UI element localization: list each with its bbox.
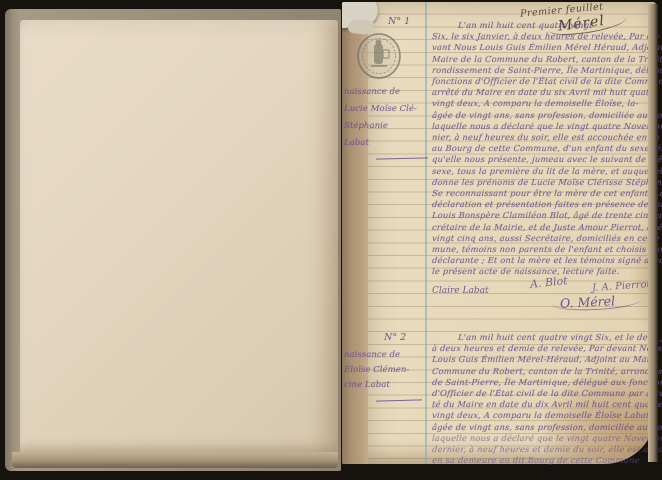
handwritten-line: Se reconnaissant pour être la mère de ce…	[432, 188, 651, 199]
handwritten-line: déclaration et présentation faites en pr…	[432, 199, 651, 210]
handwritten-line: Louis Bonspère Clamiléon Blot, âgé de tr…	[432, 210, 651, 221]
margin-rule-line	[425, 2, 427, 464]
handwritten-line: laquelle nous a déclaré que le vingt qua…	[432, 433, 651, 444]
handwritten-line: Commune du Robert, canton de la Trinité,…	[432, 366, 651, 377]
handwritten-line: à deux heures et demie de relevée, Par d…	[432, 343, 651, 354]
margin-note-line: Lucie Moïse Clé-	[344, 101, 430, 118]
handwritten-line: vingt cinq ans, aussi Secrétaire, domici…	[432, 233, 651, 244]
handwritten-line: L'an mil huit cent quatre vingt	[432, 20, 651, 31]
handwritten-line: d'Officier de l'État civil de la dite Co…	[432, 388, 651, 399]
act-body-text: L'an mil huit cent quatre vingtSix, le s…	[432, 20, 650, 278]
margin-note-line: Stéphanie	[344, 118, 430, 135]
scanned-register-spread: Premier feuillet Mérel N° 1 naissance de…	[0, 0, 662, 480]
mother-signature: Claire Labat	[432, 286, 489, 296]
handwritten-line: Louis Guis Émilien Mérel-Héraud, Adjoint…	[432, 354, 651, 365]
handwritten-line: rondissement de Saint-Pierre, Île Martin…	[432, 65, 651, 76]
page-stack-edge	[648, 4, 658, 462]
handwritten-line: fonctions d'Officier de l'État civil de …	[432, 76, 651, 87]
act-margin-note: naissance deLucie Moïse Clé-StéphanieLab…	[344, 84, 430, 152]
handwritten-line: qu'elle nous présente, jumeau avec le su…	[432, 154, 651, 165]
handwritten-line: arrêté du Maire en date du six Avril mil…	[432, 87, 651, 98]
handwritten-line: donne les prénoms de Lucie Moïse Clériss…	[432, 177, 651, 188]
act-number: N° 2	[384, 332, 406, 343]
blank-left-page	[20, 20, 338, 454]
margin-note-line: naissance de	[344, 84, 430, 101]
margin-note-line: cine Labat	[344, 378, 430, 393]
handwritten-line: en sa demeure au dit Bourg de cette Comm…	[432, 455, 651, 466]
margin-note-line: Éloïse Clémen-	[344, 363, 430, 378]
handwritten-line: nier, à neuf heures du soir, elle est ac…	[432, 132, 651, 143]
margin-note-line: Labat	[344, 135, 430, 152]
handwritten-line: sexe, tous la première du lit de la mère…	[432, 166, 651, 177]
handwritten-line: crétaire de la Mairie, et de Juste Amour…	[432, 222, 651, 233]
handwritten-line: L'an mil huit cent quatre vingt Six, et …	[432, 332, 651, 343]
handwritten-line: Maire de la Commune du Robert, canton de…	[432, 54, 651, 65]
handwritten-line: mune, témoins non parents de l'enfant et…	[432, 244, 651, 255]
handwritten-line: déclarante ; Et ont la mère et les témoi…	[432, 255, 651, 266]
handwritten-line: de Saint-Pierre, Île Martinique, délégué…	[432, 377, 651, 388]
handwritten-line: laquelle nous a déclaré que le vingt qua…	[432, 121, 651, 132]
handwritten-line: âgée de vingt ans, sans profession, domi…	[432, 110, 651, 121]
act-margin-note: naissance deÉloïse Clémen-cine Labat	[344, 348, 430, 393]
margin-note-line: naissance de	[344, 348, 430, 363]
act-body-text: L'an mil huit cent quatre vingt Six, et …	[432, 332, 650, 466]
handwritten-line: dernier, à neuf heures et demie du soir,…	[432, 444, 651, 455]
handwritten-line: té du Maire en date du dix Avril mil hui…	[432, 399, 651, 410]
handwritten-line: Six, le six Janvier, à deux heures de re…	[432, 31, 651, 42]
act-number: N° 1	[388, 16, 410, 27]
handwritten-line: au Bourg de cette Commune, d'un enfant d…	[432, 143, 651, 154]
handwritten-line: vant Nous Louis Guis Émilien Mérel Hérau…	[432, 42, 651, 53]
handwritten-line: âgée de vingt ans, sans profession, domi…	[432, 422, 651, 433]
page-stack-edge	[12, 452, 338, 468]
handwritten-line: vingt deux, A comparu la demoiselle Éloï…	[432, 410, 651, 421]
revenue-stamp-icon	[356, 32, 402, 80]
handwritten-line: vingt deux, A comparu la demoiselle Éloï…	[432, 98, 651, 109]
